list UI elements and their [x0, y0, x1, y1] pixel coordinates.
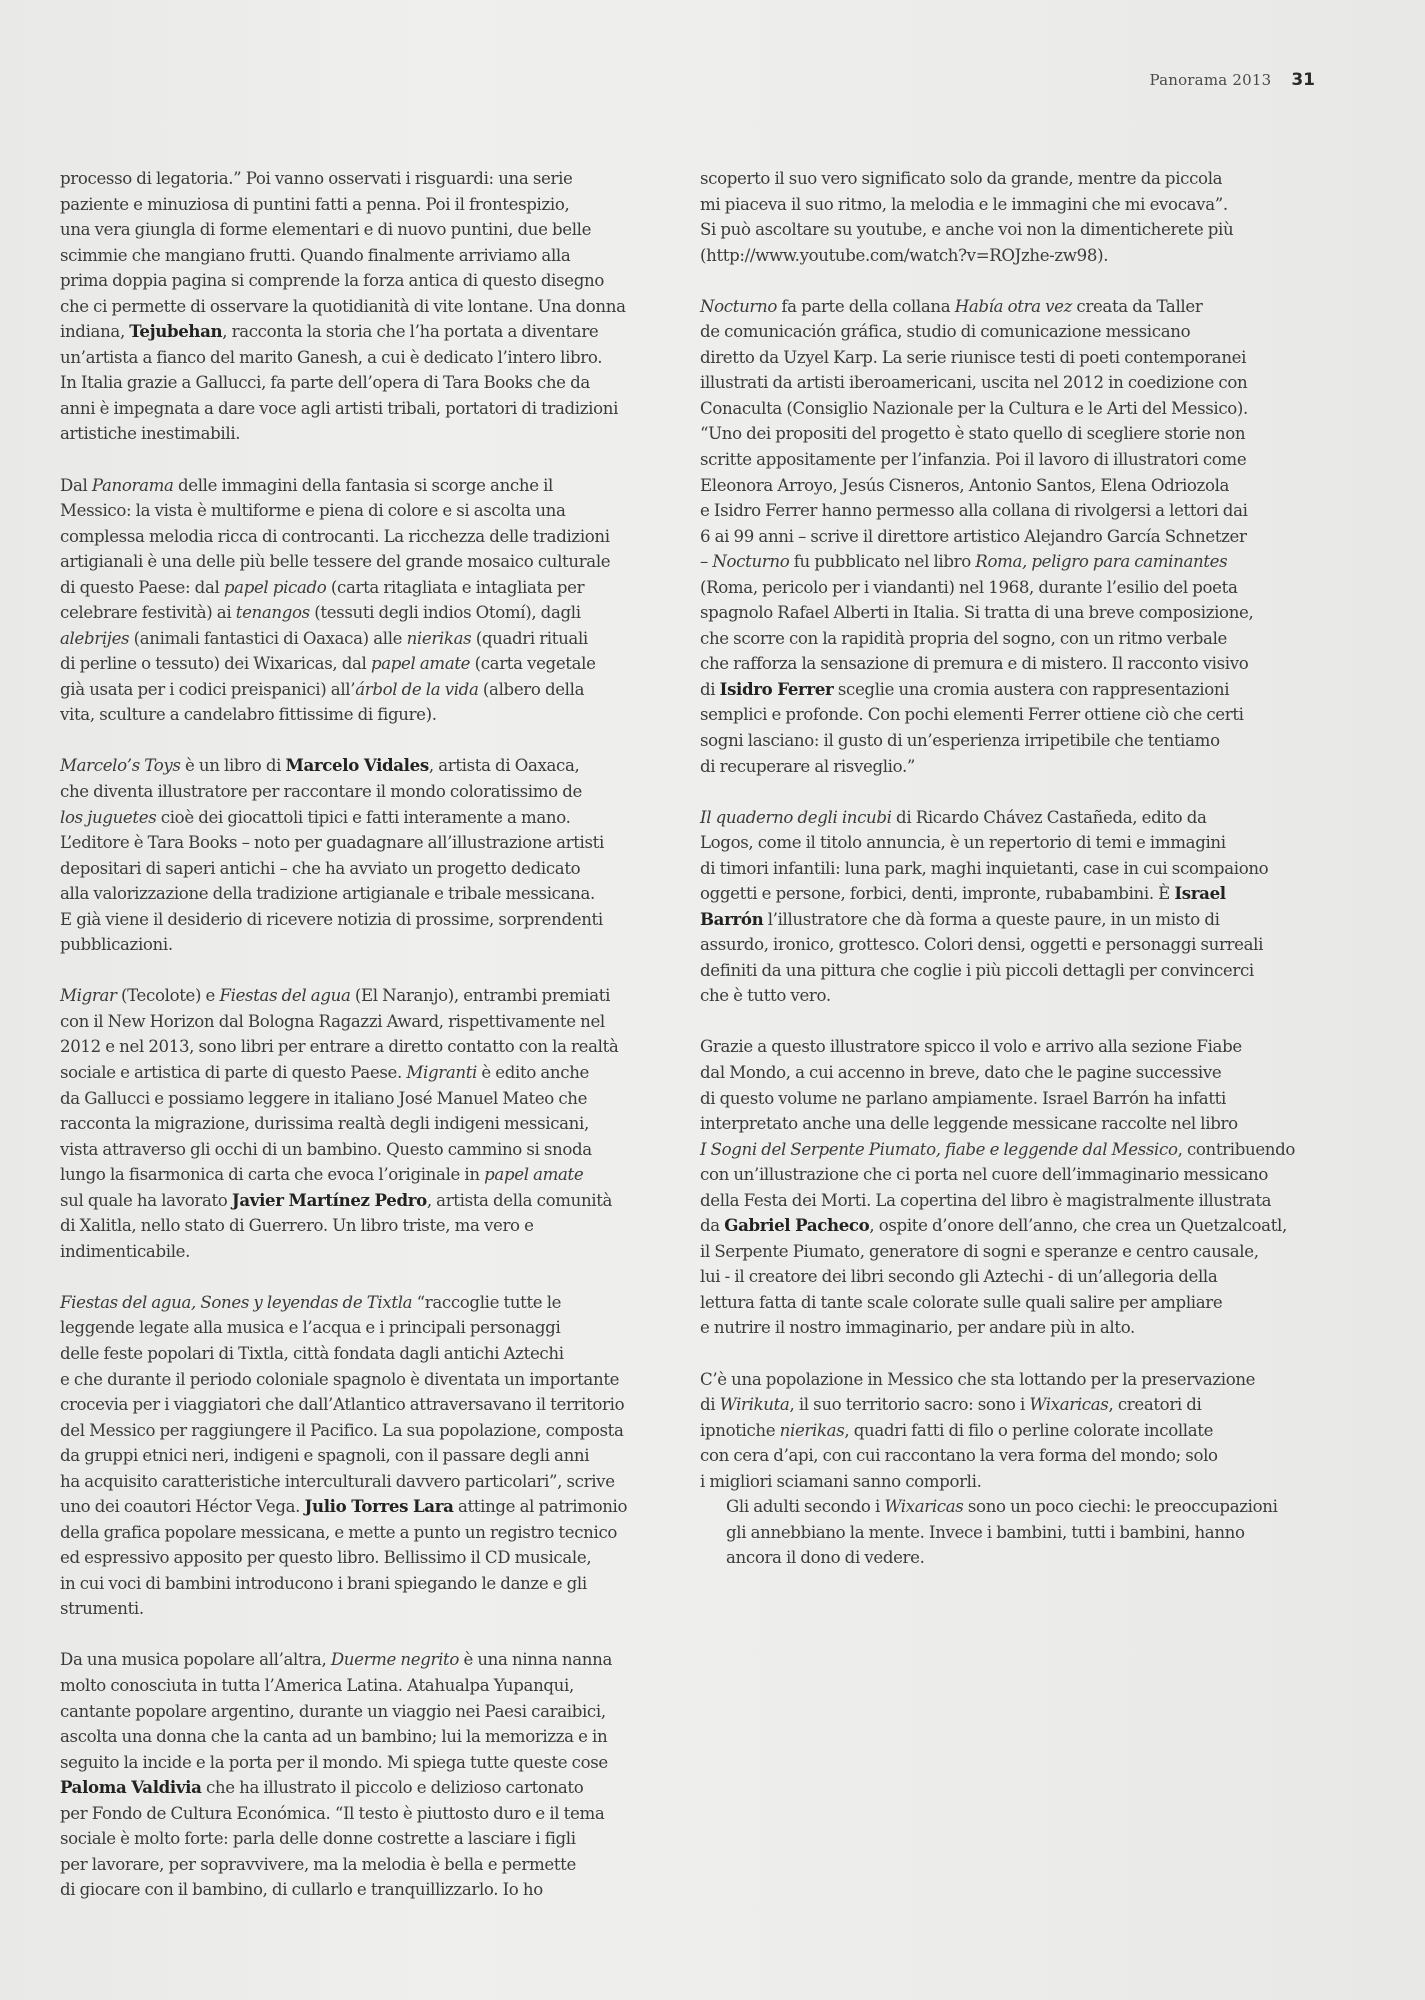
text-line: spagnolo Rafael Alberti in Italia. Si tr…	[700, 600, 1314, 626]
text-run: illustrati da artisti iberoamericani, us…	[700, 373, 1247, 392]
text-line: con cera d’api, con cui raccontano la ve…	[700, 1443, 1314, 1469]
text-line: scimmie che mangiano frutti. Quando fina…	[60, 243, 674, 269]
text-line: Fiestas del agua, Sones y leyendas de Ti…	[60, 1290, 674, 1316]
text-line: ipnotiche nierikas, quadri fatti di filo…	[700, 1418, 1314, 1444]
text-run: scritte appositamente per l’infanzia. Po…	[700, 450, 1246, 469]
paragraph-migrar: Migrar (Tecolote) e Fiestas del agua (El…	[60, 983, 674, 1264]
text-line: definiti da una pittura che coglie i più…	[700, 958, 1314, 984]
text-run: ascolta una donna che la canta ad un bam…	[60, 1727, 607, 1746]
text-line: Il quaderno degli incubi di Ricardo Cháv…	[700, 805, 1314, 831]
italic-title: Nocturno	[712, 552, 789, 571]
italic-title: tenangos	[236, 603, 310, 622]
text-run: attinge al patrimonio	[454, 1497, 628, 1516]
text-run: per lavorare, per sopravvivere, ma la me…	[60, 1855, 576, 1874]
text-run: anni è impegnata a dare voce agli artist…	[60, 399, 618, 418]
text-line: dal Mondo, a cui accenno in breve, dato …	[700, 1060, 1314, 1086]
text-run: di perline o tessuto) dei Wixaricas, dal	[60, 654, 371, 673]
italic-title: Migrar	[60, 986, 117, 1005]
text-run: già usata per i codici preispanici) all’	[60, 680, 355, 699]
page-number: 31	[1291, 70, 1315, 90]
text-line: “Uno dei propositi del progetto è stato …	[700, 421, 1314, 447]
bold-name: Marcelo Vidales	[285, 755, 428, 775]
bold-name: Julio Torres Lara	[305, 1496, 454, 1516]
text-run: strumenti.	[60, 1599, 144, 1618]
text-line: di timori infantili: luna park, maghi in…	[700, 856, 1314, 882]
text-line: scoperto il suo vero significato solo da…	[700, 166, 1314, 192]
text-run: , racconta la storia che l’ha portata a …	[222, 322, 598, 341]
text-run: di Xalitla, nello stato di Guerrero. Un …	[60, 1216, 534, 1235]
text-run: da Gallucci e possiamo leggere in italia…	[60, 1089, 587, 1108]
text-run: Dal	[60, 476, 92, 495]
text-run: Da una musica popolare all’altra,	[60, 1650, 331, 1669]
text-line: seguito la incide e la porta per il mond…	[60, 1750, 674, 1776]
bold-name: Paloma Valdivia	[60, 1777, 202, 1797]
italic-title: nierikas	[407, 629, 472, 648]
text-line: da Gallucci e possiamo leggere in italia…	[60, 1086, 674, 1112]
italic-title: Duerme negrito	[331, 1650, 459, 1669]
paragraph-quaderno-incubi: Il quaderno degli incubi di Ricardo Cháv…	[700, 805, 1314, 1009]
text-line: paziente e minuziosa di puntini fatti a …	[60, 192, 674, 218]
text-run: Grazie a questo illustratore spicco il v…	[700, 1037, 1242, 1056]
text-run: lungo la fisarmonica di carta che evoca …	[60, 1165, 484, 1184]
text-run: Conaculta (Consiglio Nazionale per la Cu…	[700, 399, 1248, 418]
text-line: racconta la migrazione, durissima realtà…	[60, 1111, 674, 1137]
paragraph-panorama-messico: Dal Panorama delle immagini della fantas…	[60, 473, 674, 728]
text-line: vita, sculture a candelabro fittissime d…	[60, 702, 674, 728]
text-line: sociale è molto forte: parla delle donne…	[60, 1826, 674, 1852]
paragraph-fiabe-dal-mondo: Grazie a questo illustratore spicco il v…	[700, 1034, 1314, 1341]
text-line: lungo la fisarmonica di carta che evoca …	[60, 1162, 674, 1188]
text-line: lui - il creatore dei libri secondo gli …	[700, 1264, 1314, 1290]
text-line: complessa melodia ricca di controcanti. …	[60, 524, 674, 550]
text-run: ha acquisito caratteristiche intercultur…	[60, 1472, 615, 1491]
text-run: (carta ritagliata e intagliata per	[326, 578, 584, 597]
text-line: leggende legate alla musica e l’acqua e …	[60, 1315, 674, 1341]
text-line: di Isidro Ferrer sceglie una cromia aust…	[700, 677, 1314, 703]
text-run: 6 ai 99 anni – scrive il direttore artis…	[700, 527, 1247, 546]
text-line: i migliori sciamani sanno comporli.	[700, 1469, 1314, 1495]
text-run: sceglie una cromia austera con rappresen…	[833, 680, 1229, 699]
text-line: ancora il dono di vedere.	[700, 1545, 1314, 1571]
text-run: di questo volume ne parlano ampiamente. …	[700, 1089, 1226, 1108]
text-run: , quadri fatti di filo o perline colorat…	[844, 1421, 1213, 1440]
text-run: in cui voci di bambini introducono i bra…	[60, 1574, 587, 1593]
bold-name: Javier Martínez Pedro	[232, 1190, 427, 1210]
text-run: della Festa dei Morti. La copertina del …	[700, 1191, 1271, 1210]
text-run: con un’illustrazione che ci porta nel cu…	[700, 1165, 1268, 1184]
text-run: da	[700, 1216, 724, 1235]
text-run: racconta la migrazione, durissima realtà…	[60, 1114, 589, 1133]
text-line: – Nocturno fu pubblicato nel libro Roma,…	[700, 549, 1314, 575]
text-run: di questo Paese: dal	[60, 578, 224, 597]
text-line: uno dei coautori Héctor Vega. Julio Torr…	[60, 1494, 674, 1520]
text-line: de comunicación gráfica, studio di comun…	[700, 319, 1314, 345]
text-line: delle feste popolari di Tixtla, città fo…	[60, 1341, 674, 1367]
text-line: crocevia per i viaggiatori che dall’Atla…	[60, 1392, 674, 1418]
text-run: lettura fatta di tante scale colorate su…	[700, 1293, 1222, 1312]
text-line: sul quale ha lavorato Javier Martínez Pe…	[60, 1188, 674, 1214]
text-run: di giocare con il bambino, di cullarlo e…	[60, 1880, 543, 1899]
text-line: Nocturno fa parte della collana Había ot…	[700, 294, 1314, 320]
text-run: sul quale ha lavorato	[60, 1191, 232, 1210]
text-run: e Isidro Ferrer hanno permesso alla coll…	[700, 501, 1248, 520]
text-run: vita, sculture a candelabro fittissime d…	[60, 705, 437, 724]
text-line: E già viene il desiderio di ricevere not…	[60, 907, 674, 933]
text-run: (tessuti degli indios Otomí), dagli	[310, 603, 581, 622]
text-line: e Isidro Ferrer hanno permesso alla coll…	[700, 498, 1314, 524]
italic-title: los juguetes	[60, 808, 156, 827]
text-run: delle immagini della fantasia si scorge …	[174, 476, 553, 495]
text-line: un’artista a fianco del marito Ganesh, a…	[60, 345, 674, 371]
paragraph-fiestas-del-agua: Fiestas del agua, Sones y leyendas de Ti…	[60, 1290, 674, 1622]
text-line: I Sogni del Serpente Piumato, fiabe e le…	[700, 1137, 1314, 1163]
italic-title: I Sogni del Serpente Piumato, fiabe e le…	[700, 1140, 1178, 1159]
text-run: molto conosciuta in tutta l’America Lati…	[60, 1676, 574, 1695]
text-run: artigianali è una delle più belle tesser…	[60, 552, 610, 571]
text-run: e nutrire il nostro immaginario, per and…	[700, 1318, 1135, 1337]
text-line: in cui voci di bambini introducono i bra…	[60, 1571, 674, 1597]
text-line: Dal Panorama delle immagini della fantas…	[60, 473, 674, 499]
text-run: , creatori di	[1108, 1395, 1201, 1414]
text-run: , il suo territorio sacro: sono i	[789, 1395, 1029, 1414]
text-run: Eleonora Arroyo, Jesús Cisneros, Antonio…	[700, 476, 1229, 495]
text-line: 2012 e nel 2013, sono libri per entrare …	[60, 1034, 674, 1060]
italic-title: papel amate	[371, 654, 470, 673]
text-run: ancora il dono di vedere.	[726, 1548, 925, 1567]
text-run: indiana,	[60, 322, 129, 341]
text-line: los juguetes cioè dei giocattoli tipici …	[60, 805, 674, 831]
text-line: (http://www.youtube.com/watch?v=ROJzhe-z…	[700, 243, 1314, 269]
left-column: processo di legatoria.” Poi vanno osserv…	[60, 166, 674, 1928]
italic-title: Había otra vez	[955, 297, 1072, 316]
text-line: che diventa illustratore per raccontare …	[60, 779, 674, 805]
italic-title: Wirikuta	[720, 1395, 790, 1414]
text-line: In Italia grazie a Gallucci, fa parte de…	[60, 370, 674, 396]
text-run: Messico: la vista è multiforme e piena d…	[60, 501, 566, 520]
text-run: cantante popolare argentino, durante un …	[60, 1702, 606, 1721]
text-run: E già viene il desiderio di ricevere not…	[60, 910, 603, 929]
text-run: di	[700, 1395, 720, 1414]
italic-title: papel amate	[484, 1165, 583, 1184]
text-line: Si può ascoltare su youtube, e anche voi…	[700, 217, 1314, 243]
text-line: già usata per i codici preispanici) all’…	[60, 677, 674, 703]
text-line: C’è una popolazione in Messico che sta l…	[700, 1367, 1314, 1393]
text-run: che scorre con la rapidità propria del s…	[700, 629, 1227, 648]
text-run: “Uno dei propositi del progetto è stato …	[700, 424, 1245, 443]
italic-title: alebrijes	[60, 629, 129, 648]
text-run: che diventa illustratore per raccontare …	[60, 782, 582, 801]
text-run: (Roma, pericolo per i viandanti) nel 196…	[700, 578, 1238, 597]
text-run: Si può ascoltare su youtube, e anche voi…	[700, 220, 1233, 239]
text-line: molto conosciuta in tutta l’America Lati…	[60, 1673, 674, 1699]
right-column: scoperto il suo vero significato solo da…	[700, 166, 1314, 1596]
text-run: una vera giungla di forme elementari e d…	[60, 220, 591, 239]
text-run: della grafica popolare messicana, e mett…	[60, 1523, 617, 1542]
text-line: strumenti.	[60, 1596, 674, 1622]
text-line: lettura fatta di tante scale colorate su…	[700, 1290, 1314, 1316]
text-line: scritte appositamente per l’infanzia. Po…	[700, 447, 1314, 473]
text-run: artistiche inestimabili.	[60, 424, 240, 443]
text-run: è una ninna nanna	[459, 1650, 612, 1669]
text-run: di recuperare al risveglio.”	[700, 757, 915, 776]
text-line: Da una musica popolare all’altra, Duerme…	[60, 1647, 674, 1673]
italic-title: Roma, peligro para caminantes	[975, 552, 1227, 571]
text-run: Logos, come il titolo annuncia, è un rep…	[700, 833, 1226, 852]
text-run: interpretato anche una delle leggende me…	[700, 1114, 1238, 1133]
paragraph-nocturno: Nocturno fa parte della collana Había ot…	[700, 294, 1314, 779]
text-run: i migliori sciamani sanno comporli.	[700, 1472, 982, 1491]
text-run: “raccoglie tutte le	[412, 1293, 561, 1312]
text-run: lui - il creatore dei libri secondo gli …	[700, 1267, 1217, 1286]
text-run: (carta vegetale	[470, 654, 595, 673]
text-line: con il New Horizon dal Bologna Ragazzi A…	[60, 1009, 674, 1035]
text-line: processo di legatoria.” Poi vanno osserv…	[60, 166, 674, 192]
text-line: Messico: la vista è multiforme e piena d…	[60, 498, 674, 524]
text-run: Gli adulti secondo i	[726, 1497, 884, 1516]
text-line: da Gabriel Pacheco, ospite d’onore dell’…	[700, 1213, 1314, 1239]
text-run: ed espressivo apposito per questo libro.…	[60, 1548, 591, 1567]
text-line: indimenticabile.	[60, 1239, 674, 1265]
text-line: di perline o tessuto) dei Wixaricas, dal…	[60, 651, 674, 677]
paragraph-marcelos-toys: Marcelo’s Toys è un libro di Marcelo Vid…	[60, 753, 674, 957]
text-run: definiti da una pittura che coglie i più…	[700, 961, 1254, 980]
paragraph-duerme-negrito-cont: scoperto il suo vero significato solo da…	[700, 166, 1314, 268]
text-line: illustrati da artisti iberoamericani, us…	[700, 370, 1314, 396]
text-run: cioè dei giocattoli tipici e fatti inter…	[156, 808, 570, 827]
text-line: e che durante il periodo coloniale spagn…	[60, 1367, 674, 1393]
text-run: del Messico per raggiungere il Pacifico.…	[60, 1421, 624, 1440]
text-line: che è tutto vero.	[700, 983, 1314, 1009]
text-line: gli annebbiano la mente. Invece i bambin…	[700, 1520, 1314, 1546]
text-run: ipnotiche	[700, 1421, 780, 1440]
text-run: de comunicación gráfica, studio di comun…	[700, 322, 1190, 341]
paragraph-duerme-negrito: Da una musica popolare all’altra, Duerme…	[60, 1647, 674, 1902]
text-run: da gruppi etnici neri, indigeni e spagno…	[60, 1446, 589, 1465]
text-line: della grafica popolare messicana, e mett…	[60, 1520, 674, 1546]
text-line: celebrare festività) ai tenangos (tessut…	[60, 600, 674, 626]
text-run: creata da Taller	[1072, 297, 1202, 316]
text-run: (albero della	[479, 680, 585, 699]
italic-title: Marcelo’s Toys	[60, 756, 181, 775]
text-run: è edito anche	[477, 1063, 589, 1082]
text-line: che rafforza la sensazione di premura e …	[700, 651, 1314, 677]
text-line: che scorre con la rapidità propria del s…	[700, 626, 1314, 652]
text-line: Paloma Valdivia che ha illustrato il pic…	[60, 1775, 674, 1801]
text-run: oggetti e persone, forbici, denti, impro…	[700, 884, 1174, 903]
text-run: di	[700, 680, 720, 699]
text-run: (El Naranjo), entrambi premiati	[350, 986, 610, 1005]
text-line: cantante popolare argentino, durante un …	[60, 1699, 674, 1725]
text-line: interpretato anche una delle leggende me…	[700, 1111, 1314, 1137]
bold-name: Barrón	[700, 909, 763, 929]
text-line: indiana, Tejubehan, racconta la storia c…	[60, 319, 674, 345]
text-line: di Xalitla, nello stato di Guerrero. Un …	[60, 1213, 674, 1239]
text-line: anni è impegnata a dare voce agli artist…	[60, 396, 674, 422]
text-run: diretto da Uzyel Karp. La serie riunisce…	[700, 348, 1246, 367]
italic-title: Fiestas del agua, Sones y leyendas de Ti…	[60, 1293, 412, 1312]
text-run: sono un poco ciechi: le preoccupazioni	[963, 1497, 1277, 1516]
text-run: (http://www.youtube.com/watch?v=ROJzhe-z…	[700, 246, 1108, 265]
text-line: di questo Paese: dal papel picado (carta…	[60, 575, 674, 601]
text-line: ascolta una donna che la canta ad un bam…	[60, 1724, 674, 1750]
text-run: che rafforza la sensazione di premura e …	[700, 654, 1248, 673]
italic-title: papel picado	[224, 578, 327, 597]
italic-title: nierikas	[780, 1421, 845, 1440]
text-run: indimenticabile.	[60, 1242, 190, 1261]
text-run: e che durante il periodo coloniale spagn…	[60, 1370, 619, 1389]
text-run: L’editore è Tara Books – noto per guadag…	[60, 833, 604, 852]
text-line: il Serpente Piumato, generatore di sogni…	[700, 1239, 1314, 1265]
text-run: crocevia per i viaggiatori che dall’Atla…	[60, 1395, 624, 1414]
text-line: per Fondo de Cultura Económica. “Il test…	[60, 1801, 674, 1827]
text-run: spagnolo Rafael Alberti in Italia. Si tr…	[700, 603, 1253, 622]
text-run: (Tecolote) e	[117, 986, 220, 1005]
text-run: In Italia grazie a Gallucci, fa parte de…	[60, 373, 590, 392]
text-line: Gli adulti secondo i Wixaricas sono un p…	[700, 1494, 1314, 1520]
text-run: che ha illustrato il piccolo e delizioso…	[202, 1778, 584, 1797]
text-line: semplici e profonde. Con pochi elementi …	[700, 702, 1314, 728]
text-run: , artista di Oaxaca,	[429, 756, 580, 775]
text-line: Eleonora Arroyo, Jesús Cisneros, Antonio…	[700, 473, 1314, 499]
text-line: artistiche inestimabili.	[60, 421, 674, 447]
text-run: il Serpente Piumato, generatore di sogni…	[700, 1242, 1259, 1261]
text-run: di timori infantili: luna park, maghi in…	[700, 859, 1268, 878]
text-run: scimmie che mangiano frutti. Quando fina…	[60, 246, 570, 265]
italic-title: Wixaricas	[1029, 1395, 1108, 1414]
italic-title: Panorama	[92, 476, 174, 495]
text-run: gli annebbiano la mente. Invece i bambin…	[726, 1523, 1245, 1542]
text-run: è un libro di	[181, 756, 286, 775]
text-run: alla valorizzazione della tradizione art…	[60, 884, 595, 903]
paragraph-wirikuta: C’è una popolazione in Messico che sta l…	[700, 1367, 1314, 1495]
text-line: pubblicazioni.	[60, 932, 674, 958]
text-run: un’artista a fianco del marito Ganesh, a…	[60, 348, 602, 367]
text-run: l’illustratore che dà forma a queste pau…	[763, 910, 1219, 929]
bold-name: Tejubehan	[129, 321, 222, 341]
text-line: Logos, come il titolo annuncia, è un rep…	[700, 830, 1314, 856]
bold-name: Isidro Ferrer	[720, 679, 834, 699]
text-line: L’editore è Tara Books – noto per guadag…	[60, 830, 674, 856]
text-line: di recuperare al risveglio.”	[700, 754, 1314, 780]
text-run: 2012 e nel 2013, sono libri per entrare …	[60, 1037, 618, 1056]
text-run: (quadri rituali	[471, 629, 588, 648]
text-line: Grazie a questo illustratore spicco il v…	[700, 1034, 1314, 1060]
text-run: (animali fantastici di Oaxaca) alle	[129, 629, 406, 648]
text-line: della Festa dei Morti. La copertina del …	[700, 1188, 1314, 1214]
text-run: semplici e profonde. Con pochi elementi …	[700, 705, 1244, 724]
text-run: per Fondo de Cultura Económica. “Il test…	[60, 1804, 604, 1823]
text-run: sociale e artistica di parte di questo P…	[60, 1063, 406, 1082]
text-line: assurdo, ironico, grottesco. Colori dens…	[700, 932, 1314, 958]
text-line: ed espressivo apposito per questo libro.…	[60, 1545, 674, 1571]
text-line: sociale e artistica di parte di questo P…	[60, 1060, 674, 1086]
italic-title: Wixaricas	[884, 1497, 963, 1516]
text-line: di questo volume ne parlano ampiamente. …	[700, 1086, 1314, 1112]
text-line: 6 ai 99 anni – scrive il direttore artis…	[700, 524, 1314, 550]
text-line: e nutrire il nostro immaginario, per and…	[700, 1315, 1314, 1341]
running-header: Panorama 2013 31	[1149, 70, 1315, 90]
text-run: fa parte della collana	[777, 297, 955, 316]
italic-title: Nocturno	[700, 297, 777, 316]
text-run: con il New Horizon dal Bologna Ragazzi A…	[60, 1012, 605, 1031]
text-run: pubblicazioni.	[60, 935, 173, 954]
text-run: –	[700, 552, 712, 571]
text-run: che ci permette di osservare la quotidia…	[60, 297, 626, 316]
text-line: vista attraverso gli occhi di un bambino…	[60, 1137, 674, 1163]
text-line: sogni lasciano: il gusto di un’esperienz…	[700, 728, 1314, 754]
text-run: con cera d’api, con cui raccontano la ve…	[700, 1446, 1218, 1465]
text-run: processo di legatoria.” Poi vanno osserv…	[60, 169, 573, 188]
italic-title: árbol de la vida	[355, 680, 478, 699]
text-line: da gruppi etnici neri, indigeni e spagno…	[60, 1443, 674, 1469]
paragraph-legatoria: processo di legatoria.” Poi vanno osserv…	[60, 166, 674, 447]
text-line: Conaculta (Consiglio Nazionale per la Cu…	[700, 396, 1314, 422]
text-run: prima doppia pagina si comprende la forz…	[60, 271, 604, 290]
italic-title: Il quaderno degli incubi	[700, 808, 892, 827]
text-run: sociale è molto forte: parla delle donne…	[60, 1829, 576, 1848]
text-line: prima doppia pagina si comprende la forz…	[60, 268, 674, 294]
text-run: , artista della comunità	[427, 1191, 612, 1210]
text-line: di Wirikuta, il suo territorio sacro: so…	[700, 1392, 1314, 1418]
text-line: una vera giungla di forme elementari e d…	[60, 217, 674, 243]
text-run: dal Mondo, a cui accenno in breve, dato …	[700, 1063, 1221, 1082]
text-run: uno dei coautori Héctor Vega.	[60, 1497, 305, 1516]
text-line: alebrijes (animali fantastici di Oaxaca)…	[60, 626, 674, 652]
text-line: con un’illustrazione che ci porta nel cu…	[700, 1162, 1314, 1188]
text-line: oggetti e persone, forbici, denti, impro…	[700, 881, 1314, 907]
bold-name: Israel	[1174, 883, 1225, 903]
text-line: per lavorare, per sopravvivere, ma la me…	[60, 1852, 674, 1878]
paragraph-wixaricas-adulti: Gli adulti secondo i Wixaricas sono un p…	[700, 1494, 1314, 1571]
text-line: ha acquisito caratteristiche intercultur…	[60, 1469, 674, 1495]
text-line: alla valorizzazione della tradizione art…	[60, 881, 674, 907]
text-run: che è tutto vero.	[700, 986, 831, 1005]
text-run: leggende legate alla musica e l’acqua e …	[60, 1318, 560, 1337]
text-run: paziente e minuziosa di puntini fatti a …	[60, 195, 569, 214]
text-line: del Messico per raggiungere il Pacifico.…	[60, 1418, 674, 1444]
text-line: (Roma, pericolo per i viandanti) nel 196…	[700, 575, 1314, 601]
text-line: Migrar (Tecolote) e Fiestas del agua (El…	[60, 983, 674, 1009]
italic-title: Fiestas del agua	[219, 986, 350, 1005]
text-run: scoperto il suo vero significato solo da…	[700, 169, 1222, 188]
text-run: mi piaceva il suo ritmo, la melodia e le…	[700, 195, 1228, 214]
text-run: vista attraverso gli occhi di un bambino…	[60, 1140, 592, 1159]
text-line: depositari di saperi antichi – che ha av…	[60, 856, 674, 882]
text-run: , ospite d’onore dell’anno, che crea un …	[869, 1216, 1287, 1235]
text-run: seguito la incide e la porta per il mond…	[60, 1753, 608, 1772]
text-line: mi piaceva il suo ritmo, la melodia e le…	[700, 192, 1314, 218]
text-line: diretto da Uzyel Karp. La serie riunisce…	[700, 345, 1314, 371]
text-run: delle feste popolari di Tixtla, città fo…	[60, 1344, 564, 1363]
italic-title: Migranti	[406, 1063, 477, 1082]
running-title: Panorama 2013	[1149, 71, 1271, 89]
text-run: di Ricardo Chávez Castañeda, edito da	[892, 808, 1207, 827]
text-run: depositari di saperi antichi – che ha av…	[60, 859, 580, 878]
text-run: , contribuendo	[1178, 1140, 1295, 1159]
text-run: complessa melodia ricca di controcanti. …	[60, 527, 610, 546]
text-run: assurdo, ironico, grottesco. Colori dens…	[700, 935, 1263, 954]
text-run: fu pubblicato nel libro	[789, 552, 975, 571]
text-line: artigianali è una delle più belle tesser…	[60, 549, 674, 575]
text-line: Barrón l’illustratore che dà forma a que…	[700, 907, 1314, 933]
text-run: celebrare festività) ai	[60, 603, 236, 622]
bold-name: Gabriel Pacheco	[724, 1215, 869, 1235]
text-line: che ci permette di osservare la quotidia…	[60, 294, 674, 320]
text-run: sogni lasciano: il gusto di un’esperienz…	[700, 731, 1220, 750]
text-run: C’è una popolazione in Messico che sta l…	[700, 1370, 1255, 1389]
text-line: Marcelo’s Toys è un libro di Marcelo Vid…	[60, 753, 674, 779]
text-line: di giocare con il bambino, di cullarlo e…	[60, 1877, 674, 1903]
